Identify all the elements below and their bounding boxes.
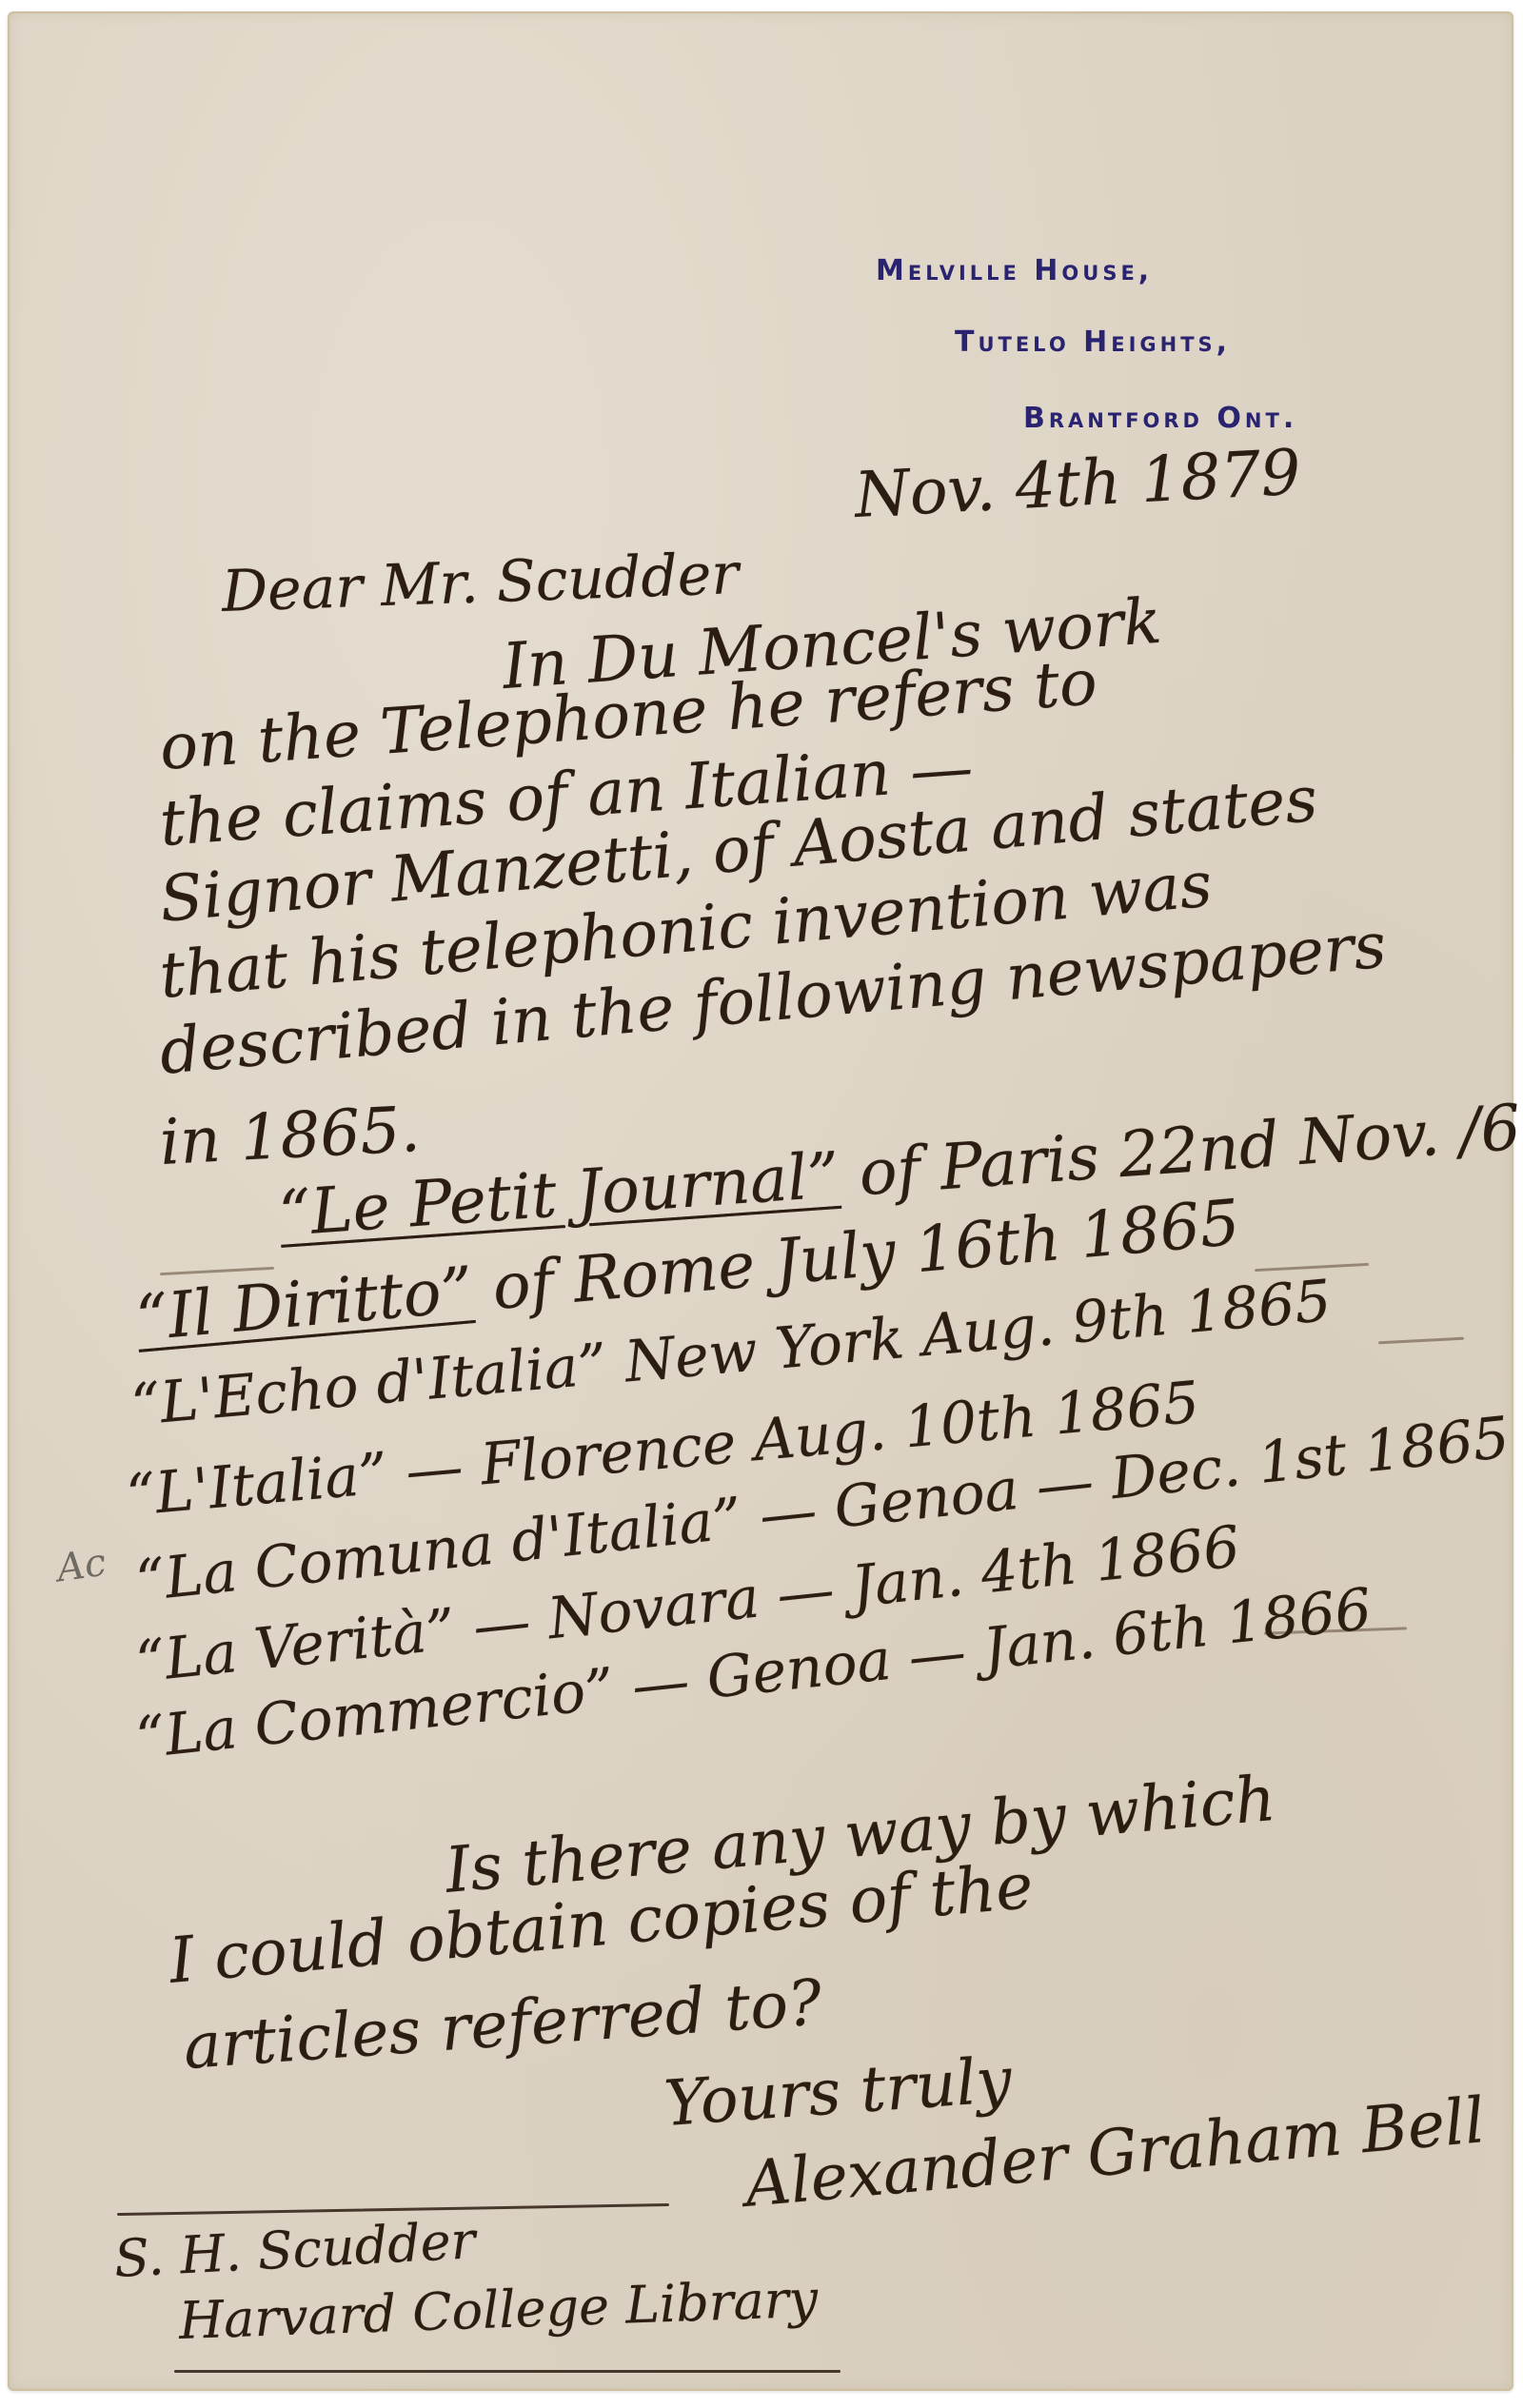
newspaper-title: “L'Italia” — [124, 1440, 390, 1530]
dash-rule — [1378, 1337, 1464, 1345]
addressee-name: S. H. Scudder — [112, 2210, 477, 2289]
valediction: Yours truly — [662, 2043, 1014, 2141]
addressee-institution: Harvard College Library — [178, 2269, 819, 2351]
letterhead-line-1: Melville House, — [876, 254, 1153, 287]
salutation: Dear Mr. Scudder — [221, 541, 740, 625]
letterhead-line-2: Tutelo Heights, — [955, 326, 1231, 359]
letter-paper: Melville House, Tutelo Heights, Brantfor… — [8, 11, 1513, 2391]
letterhead-line-3: Brantford Ont. — [1023, 402, 1297, 435]
addressee-underline — [174, 2370, 841, 2373]
margin-pencil-note: Ac — [54, 1541, 109, 1591]
newspaper-title: “Il Diritto” — [133, 1253, 476, 1355]
body-line-7: in 1865. — [158, 1093, 422, 1179]
letter-date: Nov. 4th 1879 — [853, 436, 1302, 532]
